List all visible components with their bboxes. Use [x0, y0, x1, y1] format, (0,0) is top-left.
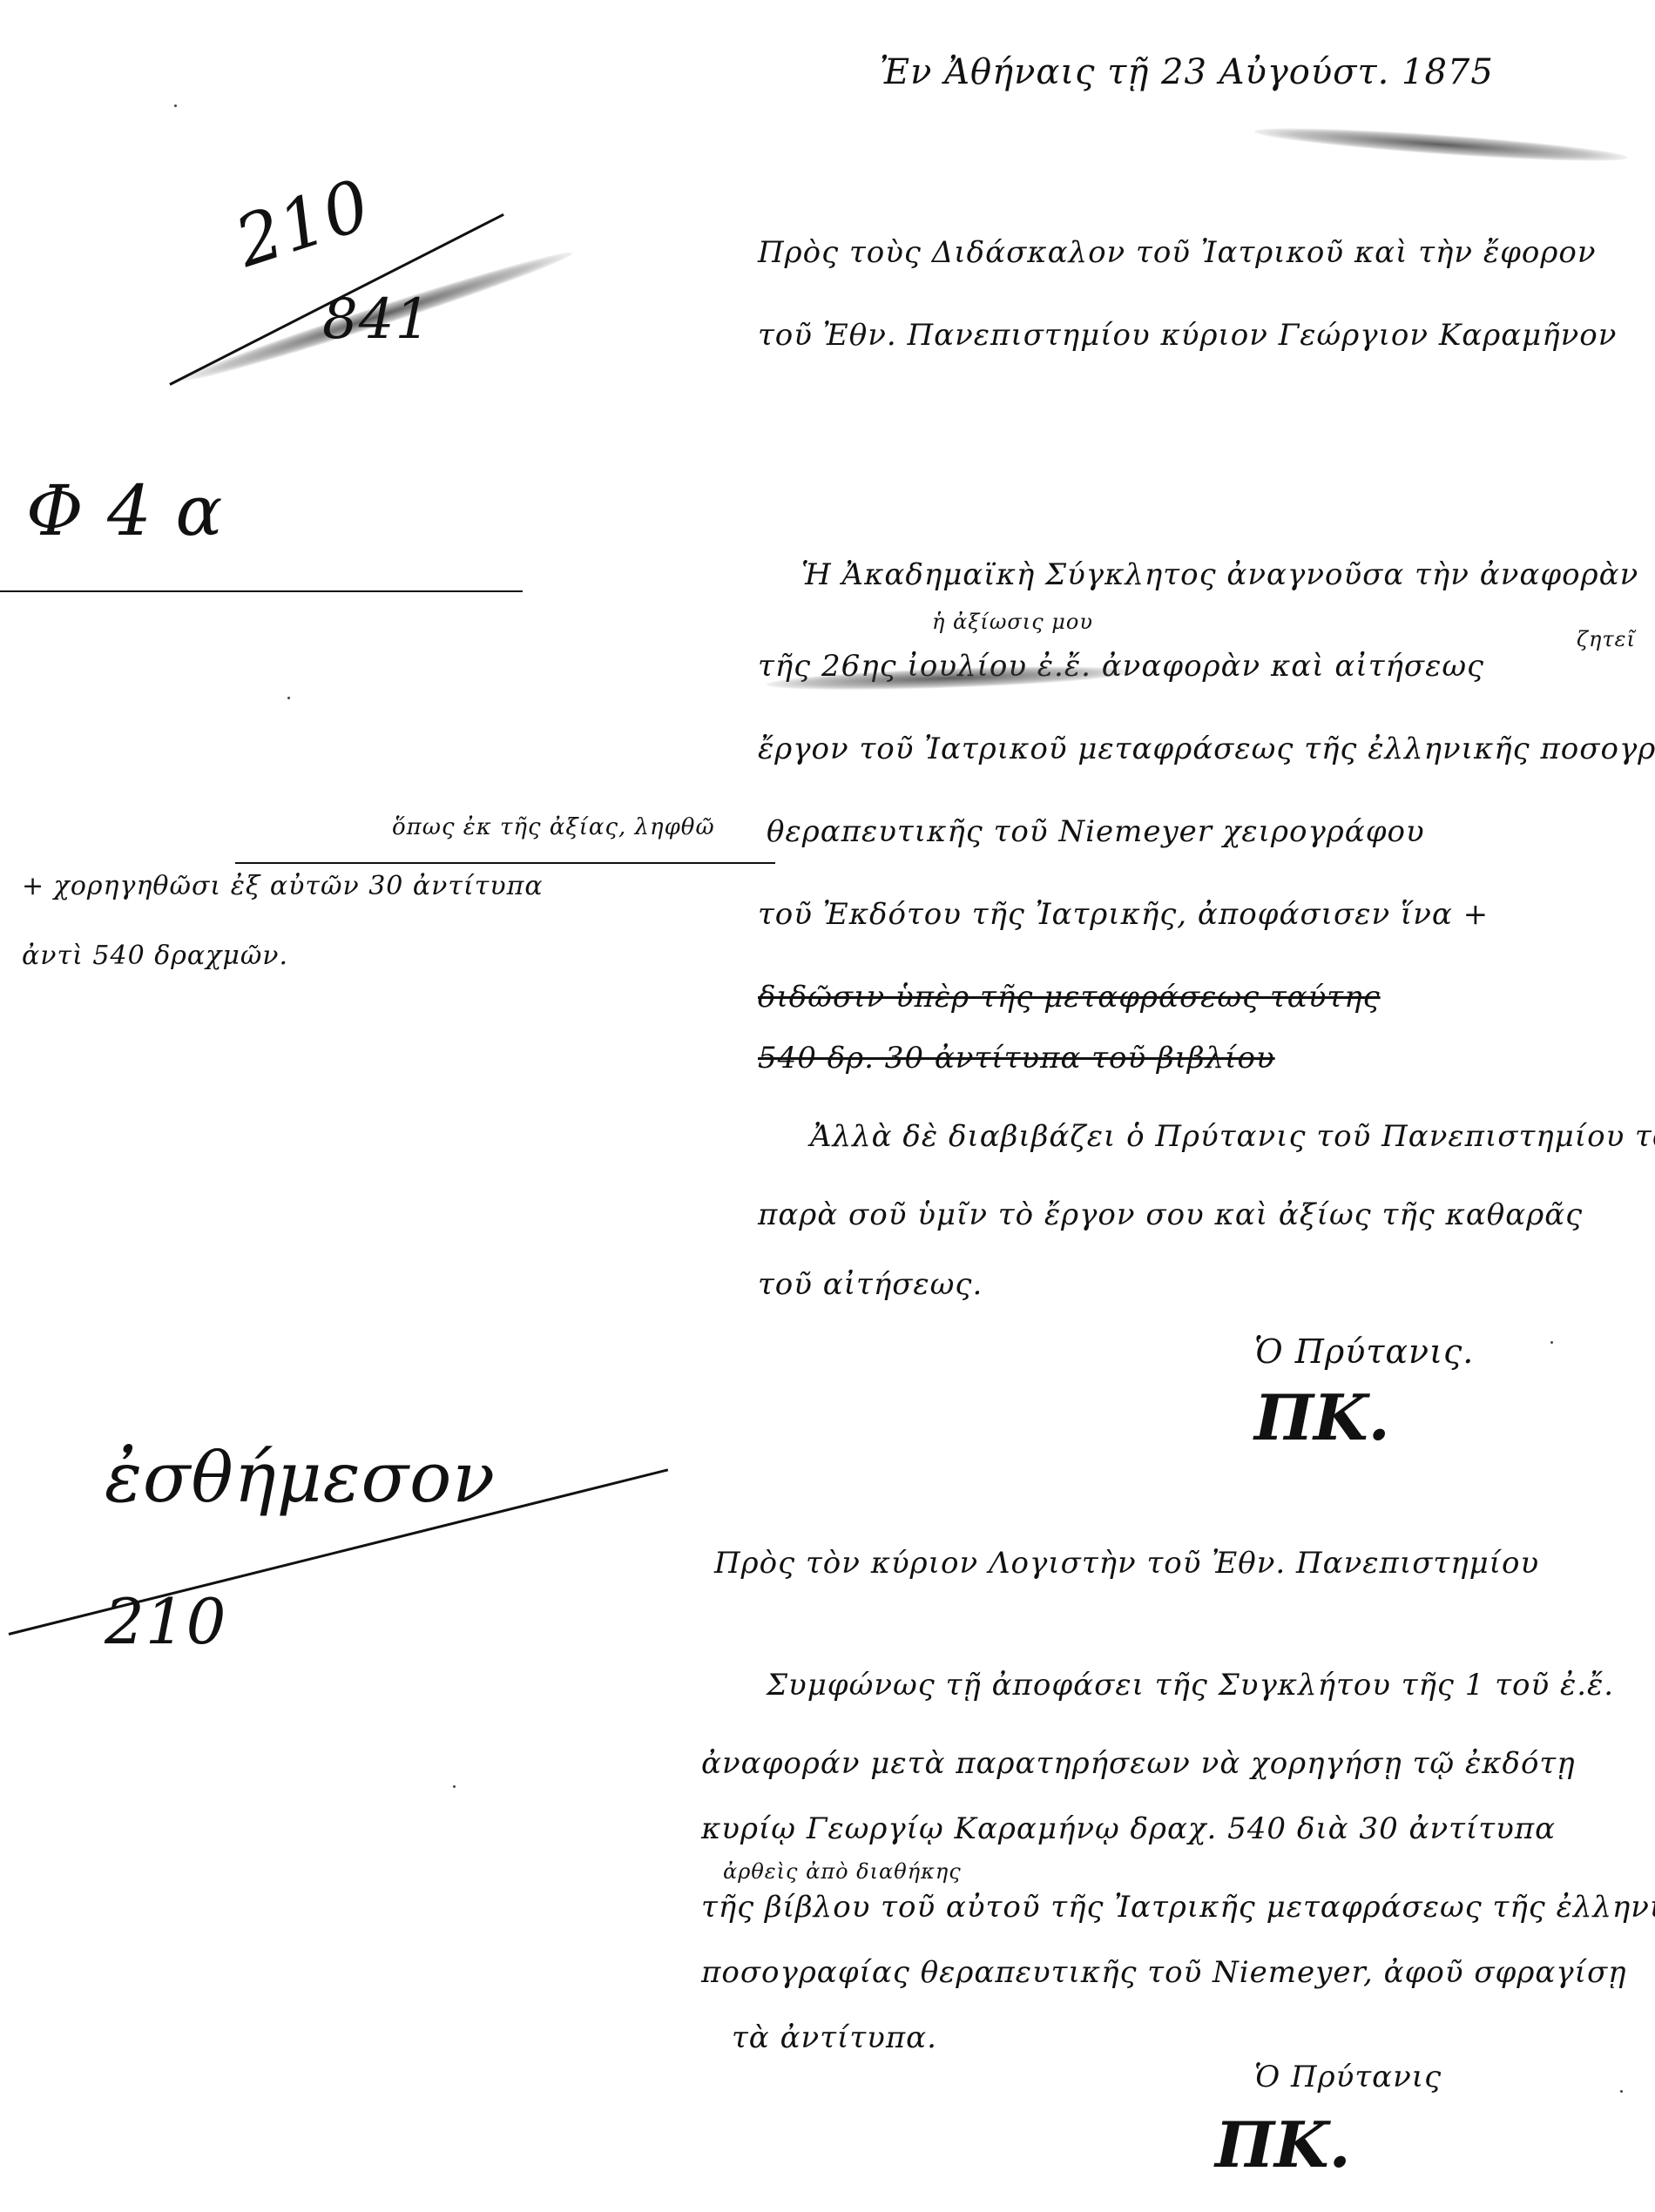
body-2-line-1: Συμφώνως τῇ ἀποφάσει τῆς Συγκλήτου τῆς 1…	[767, 1668, 1614, 1703]
margin-number-lower: 841	[322, 287, 431, 352]
body-1-closing-line-3: τοῦ αἰτήσεως.	[758, 1267, 983, 1302]
body-1-line-6-struck: διδῶσιν ὑπὲρ τῆς μεταφράσεως ταύτης	[758, 980, 1381, 1015]
body-1-closing-line-1: Ἀλλὰ δὲ διαβιβάζει ὁ Πρύτανις τοῦ Πανεπι…	[810, 1119, 1655, 1154]
signature-2-initials: ΠΚ.	[1215, 2107, 1351, 2182]
date-line: Ἐν Ἀθήναις τῇ 23 Αὐγούστ. 1875	[880, 52, 1494, 92]
margin-code-rule	[0, 590, 523, 592]
insertion-above-body-2-line-4: ἀρθεὶς ἀπὸ διαθήκης	[723, 1859, 962, 1884]
insertion-above-line-2: ἡ ἀξίωσις μου	[932, 610, 1093, 634]
margin-bottom-number: 210	[105, 1585, 226, 1658]
address-1-line-1: Πρὸς τοὺς Διδάσκαλον τοῦ Ἰατρικοῦ καὶ τὴ…	[758, 235, 1597, 270]
body-1-line-1: Ἡ Ἀκαδημαϊκὴ Σύγκλητος ἀναγνοῦσα τὴν ἀνα…	[801, 557, 1638, 592]
scan-speck	[1620, 2090, 1623, 2093]
margin-catalog-code: Φ 4 α	[26, 470, 223, 551]
body-2-line-3: κυρίῳ Γεωργίῳ Καραμήνῳ δραχ. 540 διὰ 30 …	[701, 1811, 1556, 1846]
body-2-line-6: τὰ ἀντίτυπα.	[732, 2020, 937, 2055]
body-1-line-5: τοῦ Ἐκδότου τῆς Ἰατρικῆς, ἀποφάσισεν ἵνα…	[758, 897, 1489, 932]
body-1-line-4: θεραπευτικῆς τοῦ Niemeyer χειρογράφου	[767, 814, 1425, 849]
body-1-line-7-struck: 540 δρ. 30 ἀντίτυπα τοῦ βιβλίου	[758, 1041, 1275, 1076]
scan-speck	[287, 697, 290, 699]
body-2-line-5: ποσογραφίας θεραπευτικῆς τοῦ Niemeyer, ἀ…	[701, 1955, 1627, 1990]
body-2-line-4: τῆς βίβλου τοῦ αὐτοῦ τῆς Ἰατρικῆς μεταφρ…	[701, 1890, 1655, 1925]
body-1-line-3: ἔργον τοῦ Ἰατρικοῦ μεταφράσεως τῆς ἐλλην…	[758, 732, 1655, 766]
margin-note-rule	[235, 862, 775, 864]
scan-speck	[453, 1785, 456, 1788]
scan-speck	[1550, 1341, 1553, 1344]
address-2: Πρὸς τὸν κύριον Λογιστὴν τοῦ Ἐθν. Πανεπι…	[714, 1546, 1539, 1581]
insertion-right-line-2: ζητεῖ	[1577, 627, 1636, 651]
margin-note-line-2: ἀντὶ 540 δραχμῶν.	[22, 941, 288, 971]
margin-bottom-word: ἐσθήμεσον	[105, 1437, 496, 1518]
signature-2-title: Ὁ Πρύτανις	[1254, 2060, 1442, 2094]
body-2-line-2: ἀναφοράν μετὰ παρατηρήσεων νὰ χορηγήσῃ τ…	[701, 1746, 1576, 1781]
signature-1-initials: ΠΚ.	[1254, 1380, 1390, 1454]
signature-1-title: Ὁ Πρύτανις.	[1254, 1332, 1474, 1371]
margin-note-line-1: + χορηγηθῶσι ἐξ αὐτῶν 30 ἀντίτυπα	[22, 871, 544, 901]
margin-note-insertion: ὅπως ἐκ τῆς ἀξίας, ληφθῶ	[392, 814, 715, 840]
address-1-line-2: τοῦ Ἐθν. Πανεπιστημίου κύριον Γεώργιον Κ…	[758, 318, 1617, 353]
body-1-closing-line-2: παρὰ σοῦ ὑμῖν τὸ ἔργον σου καὶ ἀξίως τῆς…	[758, 1197, 1583, 1232]
margin-number-upper: 210	[226, 164, 380, 283]
scan-speck	[174, 105, 177, 107]
date-smudge	[1253, 122, 1628, 167]
